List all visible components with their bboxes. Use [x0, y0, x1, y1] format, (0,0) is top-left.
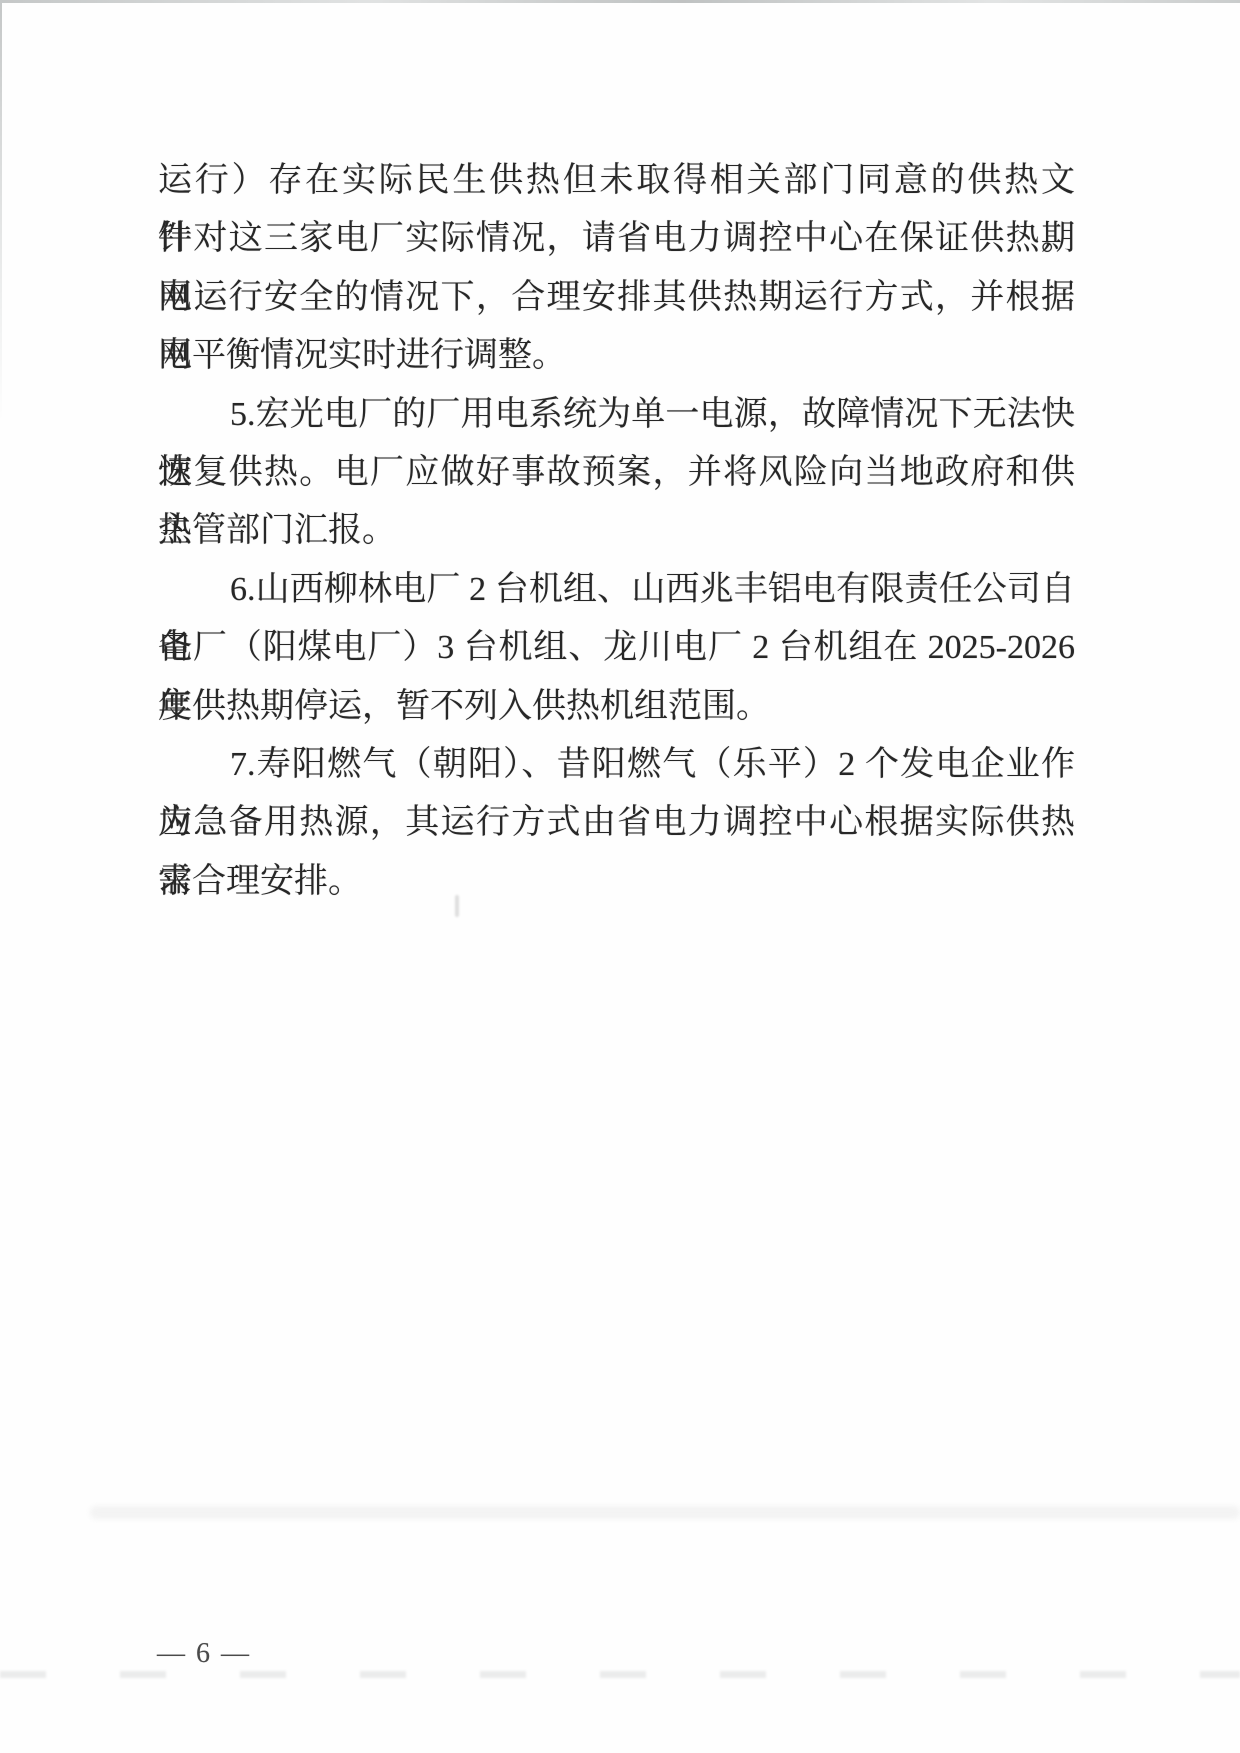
text-line-12: 应急备用热源，其运行方式由省电力调控中心根据实际供热需 [158, 794, 1075, 852]
scanned-document-page: 运行）存在实际民生供热但未取得相关部门同意的供热文件。 针对这三家电厂实际情况，… [0, 0, 1240, 1753]
text-line-13: 求合理安排。 [158, 853, 1075, 911]
text-line-7: 主管部门汇报。 [158, 502, 1075, 560]
text-line-2: 针对这三家电厂实际情况，请省电力调控中心在保证供热期电 [158, 210, 1075, 268]
text-line-10: 度供热期停运，暂不列入供热机组范围。 [158, 678, 1075, 736]
text-line-1: 运行）存在实际民生供热但未取得相关部门同意的供热文件。 [158, 152, 1075, 210]
text-line-11: 7.寿阳燃气（朝阳）、昔阳燃气（乐平）2 个发电企业作为 [158, 736, 1075, 794]
text-line-8: 6.山西柳林电厂 2 台机组、山西兆丰铝电有限责任公司自备 [158, 561, 1075, 619]
page-number: — 6 — [157, 1637, 251, 1671]
text-line-4: 网平衡情况实时进行调整。 [158, 327, 1075, 385]
text-line-3: 网运行安全的情况下，合理安排其供热期运行方式，并根据电 [158, 269, 1075, 327]
text-line-9: 电厂（阳煤电厂）3 台机组、龙川电厂 2 台机组在 2025-2026 年 [158, 619, 1075, 677]
text-block: 运行）存在实际民生供热但未取得相关部门同意的供热文件。 针对这三家电厂实际情况，… [158, 152, 1075, 911]
scan-edge-left-line [0, 3, 2, 423]
scan-dotted-band [0, 1671, 1240, 1678]
text-line-6: 恢复供热。电厂应做好事故预案，并将风险向当地政府和供热 [158, 444, 1075, 502]
scan-smudge-band [90, 1506, 1240, 1519]
text-line-5: 5.宏光电厂的厂用电系统为单一电源，故障情况下无法快速 [158, 386, 1075, 444]
scan-edge-top-line [0, 0, 1240, 3]
scan-speck [455, 895, 459, 917]
